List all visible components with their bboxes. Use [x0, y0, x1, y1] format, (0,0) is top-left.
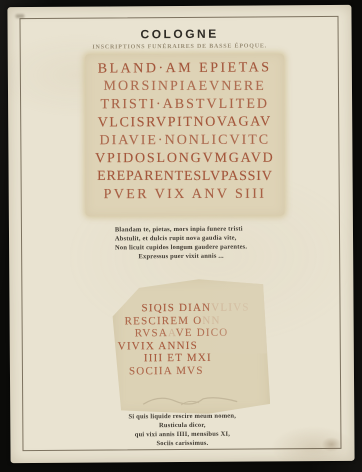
- inscription-text: RVSA: [135, 327, 168, 339]
- inscription-line: VLCISRVPITNOVAGAV: [85, 113, 284, 132]
- inscription-line: MORSINPIAEVNERE: [85, 78, 284, 96]
- inscription-line: DIAVIE·NONLICVITC: [85, 132, 284, 151]
- transcription-line: Si quis liquide rescire meum nomen,: [128, 412, 236, 422]
- inscription-text: SOCIIA MVS: [129, 364, 204, 377]
- inscription-text: VIVIX ANNIS: [118, 339, 198, 352]
- page-title: COLOGNE: [8, 26, 352, 42]
- transcription-block-1: Blandam te, pietas, mors inpia funere tr…: [9, 224, 353, 262]
- transcription-line: qui vixi annis IIII, mensibus XI,: [129, 430, 237, 440]
- inscription-text: RESCIREM O: [125, 314, 203, 327]
- inscription-line: VPIDOSLONGVMGAVD: [85, 150, 284, 169]
- flourish-icon: [141, 392, 241, 409]
- smudge-stain: [321, 437, 341, 452]
- transcription-line: Expressus puer vixit annis ...: [115, 252, 247, 262]
- inscription-line: BLAND·AM EPIETAS: [85, 59, 284, 79]
- worn-stone-fade: [197, 277, 270, 354]
- stone-fragment-1: BLAND·AM EPIETAS MORSINPIAEVNERE TRISTI·…: [85, 54, 284, 217]
- inscription-line: PVER VIX ANV SIII: [85, 186, 284, 205]
- stone-fragment-2: SIQIS DIANVLIVS RESCIREM ONN RVSAAVE DIC…: [112, 277, 270, 414]
- transcription-block-2: Si quis liquide rescire meum nomen, Rust…: [10, 411, 354, 449]
- corner-mark: [15, 14, 24, 18]
- faded-text: A: [168, 327, 176, 339]
- transcription-line: Sociis carissimus.: [129, 439, 237, 449]
- inscription-line: TRISTI·ABSTVLITED: [85, 96, 284, 115]
- inscription-line: EREPARENTESLVPASSIV: [85, 168, 284, 186]
- paper-sheet: COLOGNE INSCRIPTIONS FUNÉRAIRES DE BASSE…: [7, 5, 354, 463]
- transcription-line: Non licuit cupidos longum gaudere parent…: [115, 243, 247, 253]
- inscription-line: SOCIIA MVS: [129, 364, 270, 377]
